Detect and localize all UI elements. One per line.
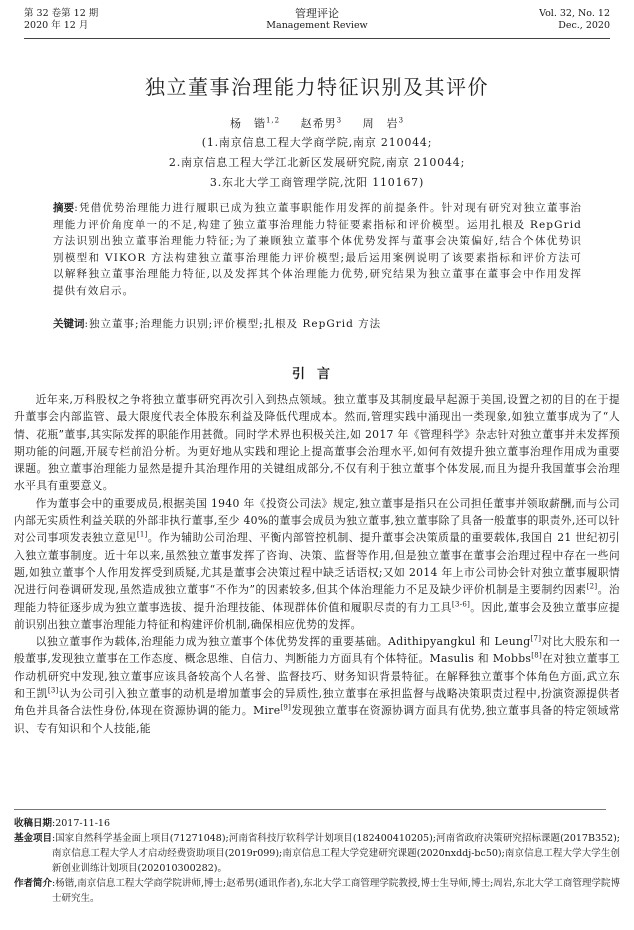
section-heading: 引言 [0, 363, 634, 382]
author: 周 岩3 [363, 117, 404, 130]
funding-text: :国家自然科学基金面上项目(71271048);河南省科技厅软科学计划项目(18… [52, 831, 620, 876]
keywords-label: 关键词 [53, 318, 85, 330]
citation: [8] [531, 652, 542, 660]
citation: [2] [587, 583, 598, 591]
affiliation: (1.南京信息工程大学商学院,南京 210044; [0, 133, 634, 153]
citation: [7] [530, 635, 541, 643]
article-title: 独立董事治理能力特征识别及其评价 [0, 71, 634, 100]
received-label: 收稿日期 [14, 816, 52, 831]
abstract-label: 摘要 [53, 202, 74, 214]
citation: [3] [48, 686, 59, 694]
keywords-text: :独立董事;治理能力识别;评价模型;扎根及 RepGrid 方法 [85, 318, 382, 330]
author-bio-text: :杨锴,南京信息工程大学商学院讲师,博士;赵希男(通讯作者),东北大学工商管理学… [52, 876, 620, 906]
affiliation: 3.东北大学工商管理学院,沈阳 110167) [0, 173, 634, 193]
affiliations: (1.南京信息工程大学商学院,南京 210044; 2.南京信息工程大学江北新区… [0, 133, 634, 193]
funding-label: 基金项目 [14, 831, 52, 876]
author-bio-label: 作者简介 [14, 876, 52, 906]
footnote-author: 作者简介:杨锴,南京信息工程大学商学院讲师,博士;赵希男(通讯作者),东北大学工… [14, 876, 620, 906]
footnote-funding: 基金项目:国家自然科学基金面上项目(71271048);河南省科技厅软科学计划项… [14, 831, 620, 876]
author: 赵希男3 [301, 117, 342, 130]
volume-issue-en: Vol. 32, No. 12 [539, 8, 610, 20]
author-list: 杨 锴1,2 赵希男3 周 岩3 [0, 115, 634, 131]
affiliation: 2.南京信息工程大学江北新区发展研究院,南京 210044; [0, 153, 634, 173]
footnote-received: 收稿日期:2017-11-16 [14, 816, 620, 831]
received-date: :2017-11-16 [52, 816, 620, 831]
header-right: Vol. 32, No. 12 Dec., 2020 [539, 8, 610, 32]
body-text: 近年来,万科股权之争将独立董事研究再次引入到热点领域。独立董事及其制度最早起源于… [14, 391, 620, 737]
keywords: 关键词:独立董事;治理能力识别;评价模型;扎根及 RepGrid 方法 [53, 316, 582, 332]
author: 杨 锴1,2 [230, 117, 280, 130]
journal-name-cn: 管理评论 [24, 8, 610, 20]
date-en: Dec., 2020 [539, 20, 610, 32]
citation: [1] [137, 531, 148, 539]
journal-name-en: Management Review [24, 20, 610, 32]
running-header: 第 32 卷第 12 期 2020 年 12 月 管理评论 Management… [24, 8, 610, 38]
citation: [3-6] [452, 600, 470, 608]
footnote-divider [14, 809, 606, 810]
header-divider [24, 38, 610, 39]
paragraph: 作为董事会中的重要成员,根据美国 1940 年《投资公司法》规定,独立董事是指只… [14, 495, 620, 633]
citation: [9] [280, 704, 291, 712]
abstract: 摘要:凭借优势治理能力进行履职已成为独立董事职能作用发挥的前提条件。针对现有研究… [53, 200, 582, 299]
paragraph: 近年来,万科股权之争将独立董事研究再次引入到热点领域。独立董事及其制度最早起源于… [14, 391, 620, 495]
footnotes: 收稿日期:2017-11-16 基金项目:国家自然科学基金面上项目(712710… [14, 816, 620, 906]
paragraph: 以独立董事作为载体,治理能力成为独立董事个体优势发挥的重要基础。Adithipy… [14, 633, 620, 737]
header-center: 管理评论 Management Review [24, 8, 610, 32]
abstract-text: :凭借优势治理能力进行履职已成为独立董事职能作用发挥的前提条件。针对现有研究对独… [53, 202, 582, 297]
